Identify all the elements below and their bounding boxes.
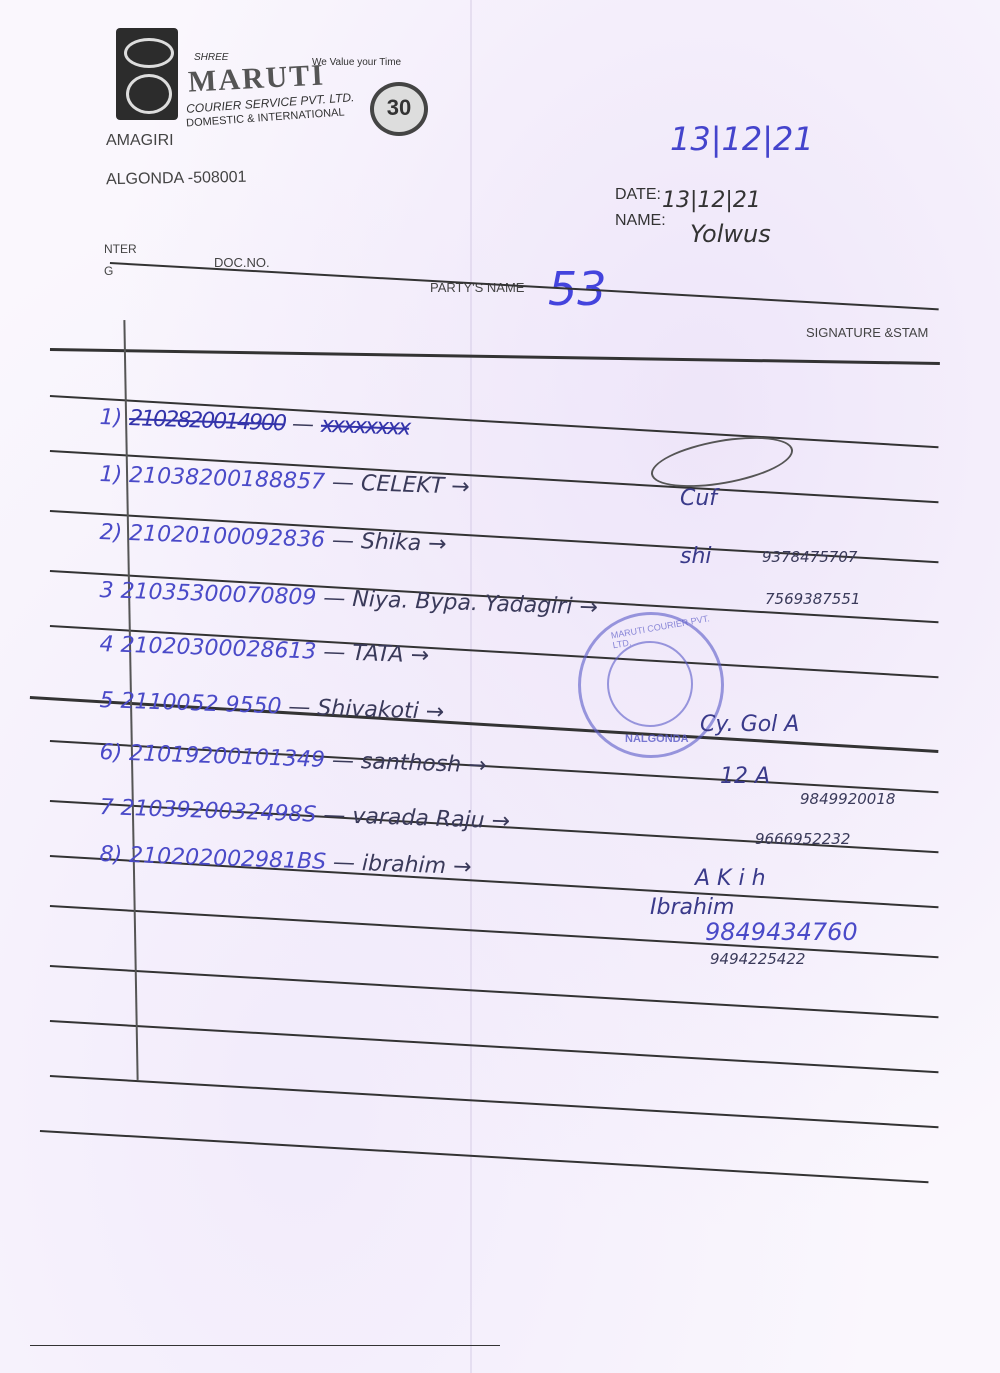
entry-party-name: Niya. Bypa. Yadagiri → [352,587,598,621]
tagline: We Value your Time [312,57,401,68]
entry-index: 8) [99,842,129,868]
brand-prefix: SHREE [194,52,228,63]
entry-doc-no: 21019200101349 [129,741,326,773]
delivery-entry: 8) 210202002981BS — ibrahim → [99,842,472,880]
ruled-line [110,262,939,310]
entry-phone: 9494225422 [710,950,805,968]
separator: — [326,850,363,876]
delivery-entry: 4 21020300028613 — TATA → [99,632,429,668]
entry-index: 3 [99,578,121,604]
separator: — [316,586,353,612]
delivery-entry: 5 2110052 9550 — Shivakoti → [99,688,445,725]
delivery-entry: 2) 21020100092836 — Shika → [99,520,447,557]
entry-phone: 7569387551 [765,590,860,608]
name-value: Yolwus [690,220,771,248]
entry-phone: 9666952232 [755,830,850,848]
entry-signature: Cuf [680,486,717,511]
ruled-line [50,965,939,1018]
entry-index: 6) [99,740,129,766]
entry-signature: Cy. Gol A [700,712,799,737]
delivery-entry: 1) 21038200188857 — CELEKT → [99,462,470,500]
date-label: DATE: [615,186,661,204]
separator: — [285,411,322,437]
courier-delivery-sheet: SHREE MARUTI COURIER SERVICE PVT. LTD. D… [0,0,1000,1373]
delivery-entry: 3 21035300070809 — Niya. Bypa. Yadagiri … [99,578,598,620]
ruled-line [30,1345,500,1346]
separator: — [325,748,362,774]
entry-party-name: Shika → [361,529,447,557]
separator: — [281,694,318,720]
address-line-1: AMAGIRI [106,132,174,150]
entry-party-name: TATA → [352,641,430,669]
entry-signature: A K i h [695,866,766,891]
name-label: NAME: [615,212,666,230]
delivery-entry: 6) 21019200101349 — santhosh → [99,740,487,779]
separator: — [316,640,353,666]
entry-signature: Ibrahim [650,895,734,920]
entry-doc-no: 210202002981BS [129,843,327,875]
delivery-entry: 7 2103920032498S — varada Raju → [99,795,510,834]
entry-signature: shi [680,544,712,569]
entry-phone: 9849434760 [705,918,858,946]
separator: — [325,528,362,554]
entry-doc-no: 21038200188857 [129,463,326,495]
ruled-line [40,1130,929,1183]
entry-party-name: varada Raju → [352,804,510,834]
entry-phone: 9378475707 [762,548,857,566]
entry-doc-no: 2102820014900 [129,406,286,436]
date-value: 13|12|21 [662,188,761,213]
entry-party-name: xxxxxxxx [321,413,410,441]
ruled-line [50,1020,939,1073]
address-line-2: ALGONDA -508001 [106,169,247,189]
entry-party-name: santhosh → [361,749,488,778]
entry-index: 1) [99,462,129,488]
delivery-entry: 1) 2102820014900 — xxxxxxxx [99,405,409,441]
handwritten-date: 13|12|21 [670,120,814,158]
entry-index: 5 [99,688,121,714]
entry-doc-no: 2110052 9550 [120,689,282,720]
entry-index: 4 [99,632,121,658]
ruled-line [50,348,940,365]
entry-index: 1) [99,405,129,431]
entry-doc-no: 21020300028613 [120,633,317,665]
paper-fold [470,0,472,1373]
anniversary-badge-icon: 30 [370,82,428,136]
entry-index: 7 [99,795,121,821]
entry-index: 2) [99,520,129,546]
entry-phone: 9849920018 [800,790,895,808]
signature-label: SIGNATURE &STAM [806,325,928,340]
entry-doc-no: 21020100092836 [129,521,326,553]
ruled-line [50,1075,939,1128]
entry-doc-no: 2103920032498S [120,796,317,828]
counter-label-b: G [104,264,113,278]
counter-label: NTER [104,242,137,256]
entry-party-name: ibrahim → [362,851,472,880]
separator: — [316,803,353,829]
entry-party-name: Shivakoti → [317,696,445,725]
separator: — [325,470,362,496]
entry-party-name: CELEKT → [361,471,471,500]
company-logo-icon [116,28,178,120]
entry-signature: 12 A [720,764,770,789]
